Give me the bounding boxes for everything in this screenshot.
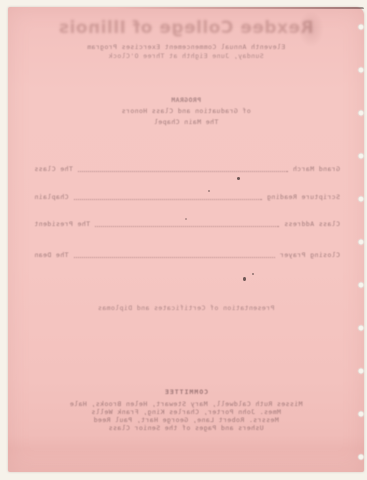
dotted-leader [74,198,262,200]
header-subtitle-line1: Eleventh Annual Commencement Exercises P… [8,43,364,51]
dotted-leader [95,225,279,227]
footer-line: Mmes. John Porter, Charles King, Frank W… [8,408,364,416]
college-logo-title: Rexdee College of Illinois [8,18,364,38]
footer-heading: COMMITTEE [8,388,364,396]
program-row-left: Scripture Reading [267,193,340,201]
ink-speck [237,177,240,180]
ink-speck [185,218,187,220]
ink-speck [208,190,210,192]
dotted-leader [74,256,275,258]
program-row-right: The Class [34,165,73,173]
program-row: Class Address The President [34,220,340,228]
event-block-line1: PROGRAM [8,96,364,104]
program-row-right: The Dean [34,251,69,259]
header-subtitle-line2: Sunday, June Eighth at Three O'Clock [8,52,364,60]
program-row: Grand March The Class [34,165,340,173]
pink-paper-page: Rexdee College of Illinois Eleventh Annu… [8,7,364,472]
footer-line: Messrs. Robert Lane, George Hart, Paul R… [8,416,364,424]
program-row-left: Closing Prayer [280,251,340,259]
scan-background: Rexdee College of Illinois Eleventh Annu… [0,0,367,480]
program-row: Scripture Reading Chaplain [34,193,340,201]
program-row-right: Chaplain [34,193,69,201]
ink-speck [252,273,254,275]
program-row: Closing Prayer The Dean [34,251,340,259]
program-row-right: The President [34,220,90,228]
bleedthrough-layer: Rexdee College of Illinois Eleventh Annu… [8,7,364,472]
closing-line: Presentation of Certificates and Diploma… [8,304,364,312]
footer-line: Misses Ruth Caldwell, Mary Stewart, Hele… [8,400,364,408]
program-row-left: Grand March [293,165,340,173]
dotted-leader [78,170,288,172]
program-row-left: Class Address [284,220,340,228]
ink-speck [243,277,246,281]
footer-line: Ushers and Pages of the Senior Class [8,424,364,432]
event-block-line2: of Graduation and Class Honors [8,107,364,115]
event-block-line3: The Main Chapel [8,118,364,126]
